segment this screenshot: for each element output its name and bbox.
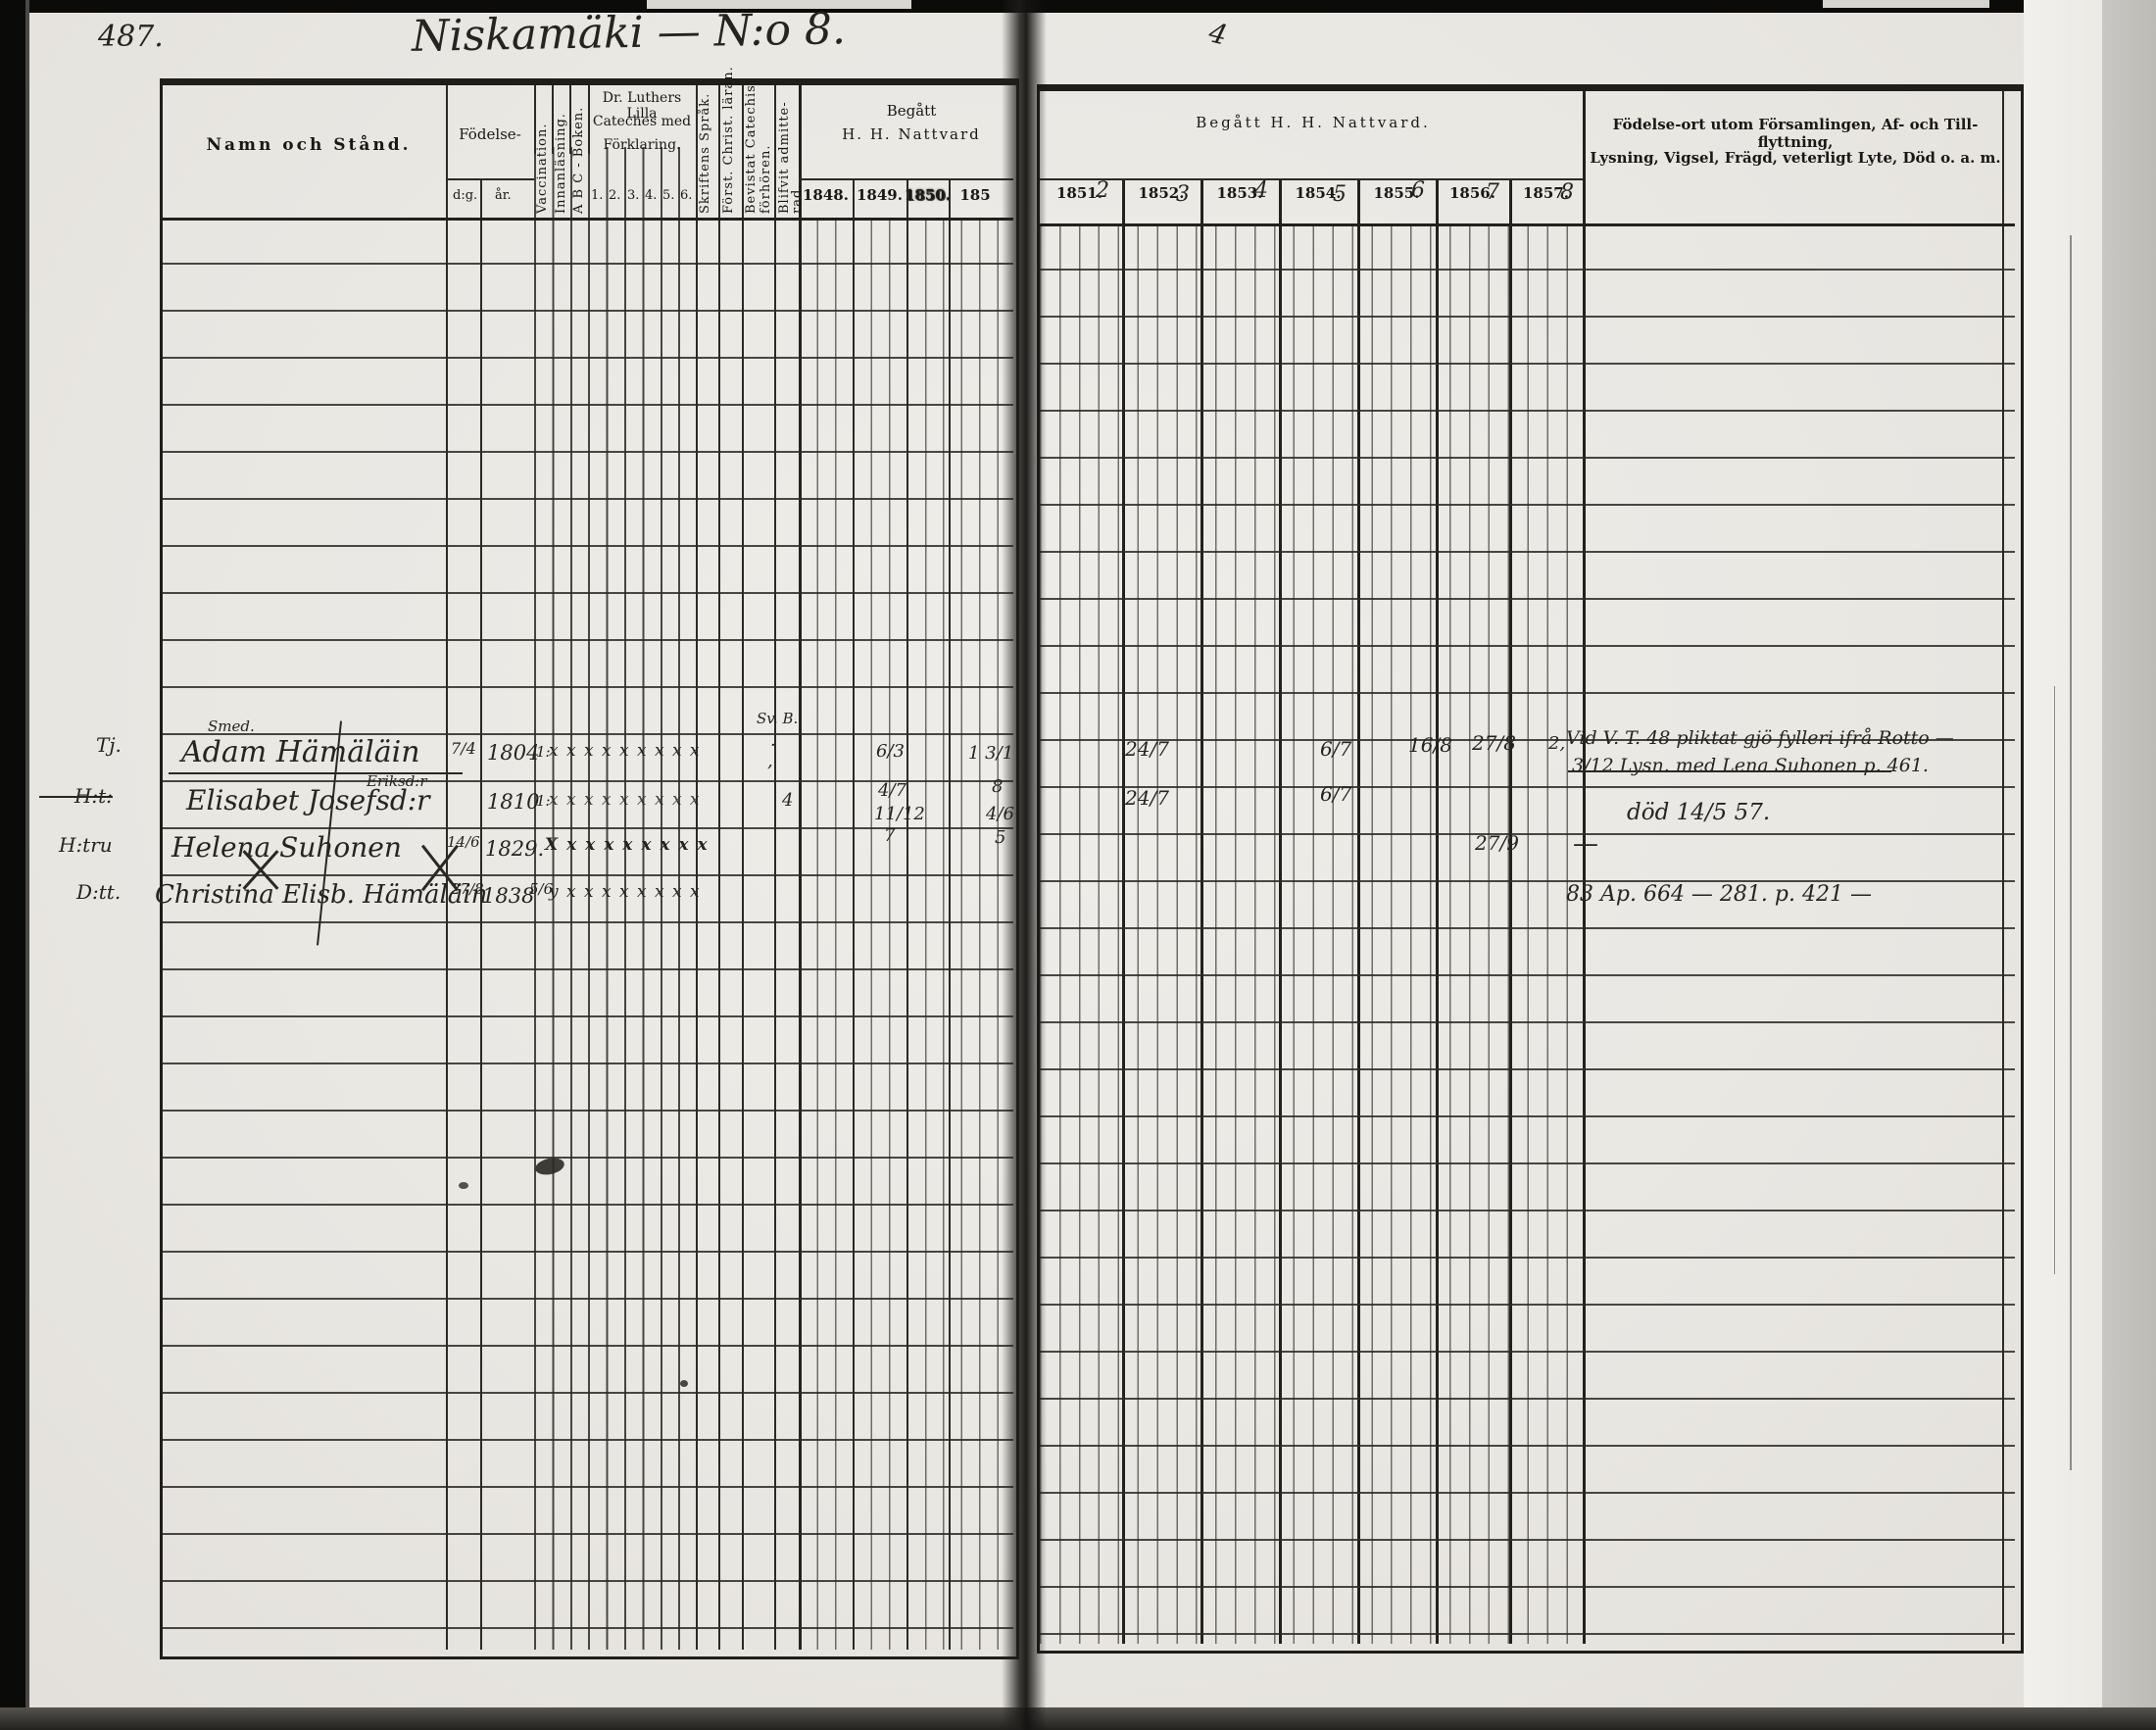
right-row-lines — [1040, 223, 2015, 1644]
row2-superscript: Eriksd:r — [367, 772, 427, 790]
row1-communion-1852: 24/7 — [1125, 737, 1169, 761]
paper-scratch — [2054, 686, 2055, 1274]
bevistat-catechis-column-label-line2: förhören. — [759, 90, 773, 214]
row4-check-marks: y x x x x x x x x — [549, 882, 703, 902]
row2-note: död 14/5 57. — [1627, 800, 1770, 825]
header-line — [1040, 178, 1583, 180]
skriftens-sprak-column-label: Skriftens Språk. — [698, 90, 712, 214]
vaccination-column-label: Vaccination. — [535, 90, 550, 214]
row2-communion-1855: 6/7 — [1320, 782, 1351, 806]
communion-ink-mark: 2, — [1548, 733, 1565, 754]
row1-communion-1857: 27/8 — [1472, 731, 1516, 755]
year-overwrite-mark: 5 — [1333, 182, 1347, 207]
forst-christ-laran-column-label: Först. Christ. läran. — [721, 90, 736, 214]
row3-check-marks: X x x x x x x x x — [545, 835, 710, 855]
left-row-lines — [163, 218, 1013, 1650]
book-binding-fold — [1002, 0, 1047, 1730]
row1-superscript: Smed. — [208, 717, 255, 735]
cateches-sub-3: 3. — [627, 188, 639, 203]
header-line — [799, 178, 1013, 180]
left-year-1849: 1849. — [853, 186, 906, 204]
notes-column-header-line1: Födelse-ort utom Församlingen, Af- och T… — [1590, 116, 2001, 151]
page-title-handwritten: Niskamäki — N:o 8. — [412, 4, 847, 62]
page-number: 487. — [98, 20, 164, 54]
sv-b-ink-mark: Sv. B. — [757, 710, 798, 727]
left-year-1851-partial: 185 — [951, 186, 1000, 204]
ink-comma-mark: , — [767, 751, 773, 771]
birth-year-subheader: år. — [495, 188, 512, 203]
row2-check-marks: x x x x x x x x x — [549, 790, 703, 810]
birth-column-header: Födelse- — [448, 125, 532, 143]
row4-note: 83 Ap. 664 — 281. p. 421 — — [1566, 882, 1872, 907]
left-nattvard-header-line2: H. H. Nattvard — [813, 125, 1009, 143]
row1-birth-day: 7/4 — [451, 739, 476, 758]
communion-ink-mark: 7 — [884, 825, 895, 846]
row1-name: Adam Hämäläin — [181, 735, 420, 769]
left-nattvard-header-line1: Begått — [823, 102, 1000, 120]
row1-check-marks: x x x x x x x x x — [549, 741, 703, 761]
scanner-background — [2102, 0, 2156, 1730]
year-overwrite-mark: 6 — [1411, 178, 1425, 203]
year-overwrite-mark: 7 — [1486, 180, 1499, 205]
notes-column-header-line2: Lysning, Vigsel, Frägd, veterligt Lyte, … — [1590, 149, 2001, 167]
left-year-1848: 1848. — [799, 186, 853, 204]
cateches-sub-4: 4. — [645, 188, 657, 203]
row3-birth-year: 1829. — [485, 837, 544, 861]
row2-margin-dash — [39, 796, 93, 798]
year-overwrite-mark: 2 — [1096, 178, 1109, 203]
communion-ink-mark: 11/12 — [874, 804, 925, 824]
row1-margin-abbrev: Tj. — [96, 733, 122, 757]
paper-scratch — [2070, 235, 2072, 1470]
row1-communion-1855: 6/7 — [1320, 737, 1351, 761]
scan-edge-left — [0, 0, 32, 1730]
row1-note-line1: Vid V. T. 48 pliktat gjö fylleri ifrå Ro… — [1566, 727, 1954, 749]
row3-note-dash: — — [1573, 829, 1598, 859]
ink-blot — [459, 1182, 468, 1189]
row1-note-strike — [1568, 770, 1891, 772]
row1-communion-1848: 6/3 — [876, 741, 905, 762]
cateches-sub-6: 6. — [680, 188, 692, 203]
cateches-header-line3: Förklaring. — [590, 137, 694, 153]
row2-birth-year: 1810 — [487, 790, 539, 814]
ink-blot — [680, 1380, 688, 1387]
row3-name: Helena Suhonen — [171, 831, 402, 864]
row3-margin-abbrev: H:tru — [59, 833, 113, 857]
row1-note-line2: 3/12 Lysn. med Lena Suhonen p. 461. — [1572, 755, 1929, 776]
bevistat-catechis-column-label-line1: Bevistat Catechis- — [744, 90, 759, 214]
scan-edge-bottom — [0, 1707, 2156, 1730]
row3-communion-1857: 27/9 — [1475, 831, 1519, 855]
cateches-sub-1: 1. — [591, 188, 603, 203]
header-line — [446, 178, 534, 180]
birth-day-subheader: d:g. — [453, 188, 477, 203]
innanlasning-column-label: Innanläsning. — [554, 90, 568, 214]
row2-communion-1848: 4/7 — [878, 780, 906, 801]
row3-birth-day: 14/6 — [447, 833, 480, 851]
name-column-header: Namn och Stånd. — [176, 135, 441, 155]
paper-right-edge — [2024, 0, 2102, 1730]
abc-boken-column-label: A B C - Boken. — [571, 90, 586, 214]
row4-margin-abbrev: D:tt. — [76, 880, 121, 904]
year-overwrite-mark: 3 — [1176, 182, 1190, 207]
row4-birth-year: 1838 — [482, 884, 534, 908]
scan-edge-gap — [1823, 0, 1989, 8]
row1-communion-1856: 16/8 — [1408, 733, 1452, 757]
year-overwrite-mark: 4 — [1254, 178, 1268, 203]
cateches-sub-5: 5. — [662, 188, 674, 203]
cateches-header-line2: Cateches med — [590, 114, 694, 129]
left-year-1850: 1850. — [905, 186, 949, 204]
row2-communion-1852: 24/7 — [1125, 786, 1169, 810]
row2-bevistat-mark: 4 — [782, 790, 793, 811]
cateches-sub-2: 2. — [609, 188, 620, 203]
scanned-church-record-page: 487. Niskamäki — N:o 8. 4 Namn och Stånd… — [0, 0, 2156, 1730]
row1-birth-year: 1804 — [487, 741, 539, 765]
year-overwrite-mark: 8 — [1560, 180, 1574, 205]
right-nattvard-header: Begått H. H. Nattvard. — [1127, 114, 1499, 131]
corner-ink-mark: 4 — [1205, 16, 1230, 51]
